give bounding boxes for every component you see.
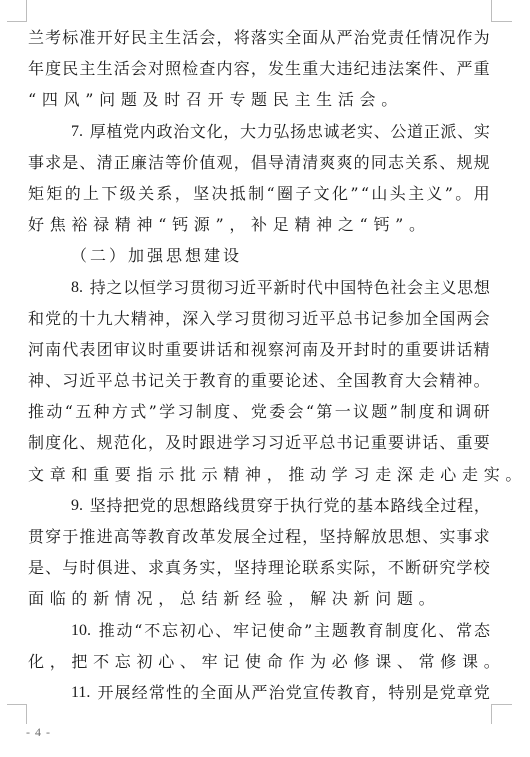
text-line: 7.厚植党内政治文化，大力弘扬忠诚老实、公道正派、实 bbox=[28, 116, 490, 147]
crop-mark-top-right bbox=[491, 0, 512, 22]
paragraph-number: 7. bbox=[71, 116, 83, 147]
text-line: 推动“五种方式”学习制度、党委会“第一议题”制度和调研 bbox=[28, 396, 490, 427]
text-line: 是、与时俱进、求真务实，坚持理论联系实际，不断研究学校 bbox=[28, 552, 490, 583]
line-text: “四风”问题及时召开专题民主生活会。 bbox=[28, 84, 403, 115]
text-line: 矩矩的上下级关系，坚决抵制“圈子文化”“山头主义”。用 bbox=[28, 178, 490, 209]
paragraph-number: 10. bbox=[71, 615, 91, 646]
crop-mark-top-left bbox=[7, 0, 27, 22]
line-text: 面临的新情况，总结新经验，解决新问题。 bbox=[28, 583, 440, 614]
section-heading: （二）加强思想建设 bbox=[28, 240, 490, 271]
text-line: 和党的十九大精神，深入学习贯彻习近平总书记参加全国两会 bbox=[28, 303, 490, 334]
paragraph-number: 8. bbox=[71, 272, 83, 303]
text-line: 10.推动“不忘初心、牢记使命”主题教育制度化、常态 bbox=[28, 615, 490, 646]
section-heading-text: （二）加强思想建设 bbox=[71, 240, 242, 271]
paragraph-number: 11. bbox=[71, 677, 90, 708]
document-body: 兰考标准开好民主生活会，将落实全面从严治党责任情况作为年度民主生活会对照检查内容… bbox=[28, 22, 490, 708]
text-line: 兰考标准开好民主生活会，将落实全面从严治党责任情况作为 bbox=[28, 22, 490, 53]
document-page: 兰考标准开好民主生活会，将落实全面从严治党责任情况作为年度民主生活会对照检查内容… bbox=[0, 0, 530, 757]
text-line: 11.开展经常性的全面从严治党宣传教育，特别是党章党 bbox=[28, 677, 490, 708]
text-line: 9.坚持把党的思想路线贯穿于执行党的基本路线全过程， bbox=[28, 490, 490, 521]
text-line: 面临的新情况，总结新经验，解决新问题。 bbox=[28, 583, 490, 614]
text-line: 文章和重要指示批示精神，推动学习走深走心走实。 bbox=[28, 459, 490, 490]
page-number: - 4 - bbox=[26, 725, 51, 740]
text-line: 好焦裕禄精神“钙源”，补足精神之“钙”。 bbox=[28, 209, 490, 240]
crop-mark-bottom-left bbox=[7, 704, 27, 724]
text-line: 化，把不忘初心、牢记使命作为必修课、常修课。 bbox=[28, 646, 490, 677]
text-line: 制度化、规范化，及时跟进学习习近平总书记重要讲话、重要 bbox=[28, 427, 490, 458]
paragraph-number: 9. bbox=[71, 490, 83, 521]
line-text: 文章和重要指示批示精神，推动学习走深走心走实。 bbox=[28, 459, 527, 490]
text-line: “四风”问题及时召开专题民主生活会。 bbox=[28, 84, 490, 115]
text-line: 神、习近平总书记关于教育的重要论述、全国教育大会精神。 bbox=[28, 365, 490, 396]
text-line: 8.持之以恒学习贯彻习近平新时代中国特色社会主义思想 bbox=[28, 272, 490, 303]
line-text: 好焦裕禄精神“钙源”，补足精神之“钙”。 bbox=[28, 209, 431, 240]
crop-mark-bottom-right bbox=[491, 704, 512, 724]
text-line: 河南代表团审议时重要讲话和视察河南及开封时的重要讲话精 bbox=[28, 334, 490, 365]
text-line: 年度民主生活会对照检查内容，发生重大违纪违法案件、严重 bbox=[28, 53, 490, 84]
line-text: 化，把不忘初心、牢记使命作为必修课、常修课。 bbox=[28, 646, 505, 677]
text-line: 事求是、清正廉洁等价值观，倡导清清爽爽的同志关系、规规 bbox=[28, 147, 490, 178]
text-line: 贯穿于推进高等教育改革发展全过程，坚持解放思想、实事求 bbox=[28, 521, 490, 552]
